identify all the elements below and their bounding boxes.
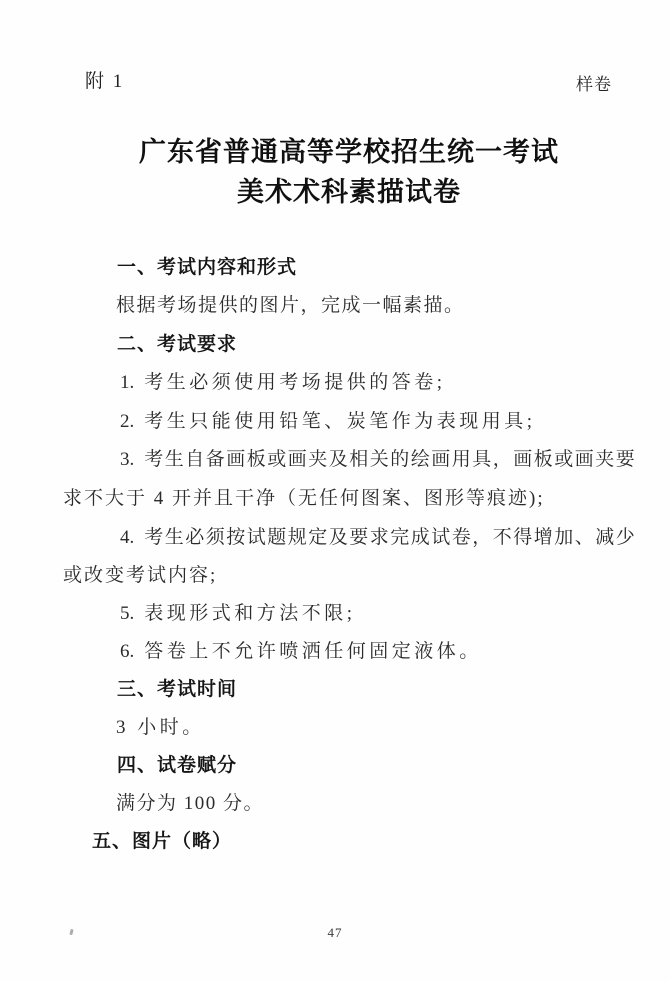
- section2-heading: 二、考试要求: [117, 333, 237, 357]
- item-2-number: 2.: [120, 410, 134, 434]
- requirement-item-3-continued: 求不大于 4 开并且干净（无任何图案、图形等痕迹);: [63, 487, 545, 511]
- item-1-text: 考生必须使用考场提供的答卷;: [144, 372, 445, 393]
- section1-heading: 一、考试内容和形式: [117, 256, 297, 280]
- item-4-text: 考生必须按试题规定及要求完成试卷，不得增加、减少: [144, 527, 636, 548]
- section4-paragraph: 满分为 100 分。: [116, 792, 264, 816]
- item-5-number: 5.: [120, 602, 134, 626]
- section4-heading: 四、试卷赋分: [117, 754, 237, 778]
- requirement-item-6: 6.答卷上不允许喷洒任何固定液体。: [120, 640, 482, 664]
- item-3-number: 3.: [120, 448, 134, 472]
- sample-label: 样卷: [576, 73, 612, 97]
- section5-heading: 五、图片（略）: [92, 830, 232, 854]
- requirement-item-1: 1.考生必须使用考场提供的答卷;: [120, 371, 446, 395]
- requirement-item-4: 4.考生必须按试题规定及要求完成试卷，不得增加、减少: [120, 526, 636, 550]
- requirement-item-4-continued: 或改变考试内容;: [63, 564, 217, 588]
- requirement-item-3: 3.考生自备画板或画夹及相关的绘画用具，画板或画夹要: [120, 448, 636, 472]
- requirement-item-2: 2.考生只能使用铅笔、炭笔作为表现用具;: [120, 410, 536, 434]
- item-6-number: 6.: [120, 640, 134, 664]
- attachment-label: 附 1: [85, 70, 124, 94]
- doc-title-line2: 美术术科素描试卷: [14, 175, 670, 209]
- page-number: 47: [0, 925, 670, 941]
- requirement-item-5: 5.表现形式和方法不限;: [120, 602, 356, 626]
- item-3-text: 考生自备画板或画夹及相关的绘画用具，画板或画夹要: [144, 449, 636, 470]
- item-4-number: 4.: [120, 526, 134, 550]
- doc-title-line1: 广东省普通高等学校招生统一考试: [14, 135, 670, 169]
- item-1-number: 1.: [120, 371, 134, 395]
- item-2-text: 考生只能使用铅笔、炭笔作为表现用具;: [144, 411, 535, 432]
- document-page: 附 1 样卷 广东省普通高等学校招生统一考试 美术术科素描试卷 一、考试内容和形…: [0, 0, 670, 981]
- section3-heading: 三、考试时间: [117, 678, 237, 702]
- section3-paragraph: 3 小时。: [116, 716, 205, 740]
- item-5-text: 表现形式和方法不限;: [144, 603, 355, 624]
- item-6-text: 答卷上不允许喷洒任何固定液体。: [144, 641, 482, 662]
- section1-paragraph: 根据考场提供的图片，完成一幅素描。: [116, 294, 465, 318]
